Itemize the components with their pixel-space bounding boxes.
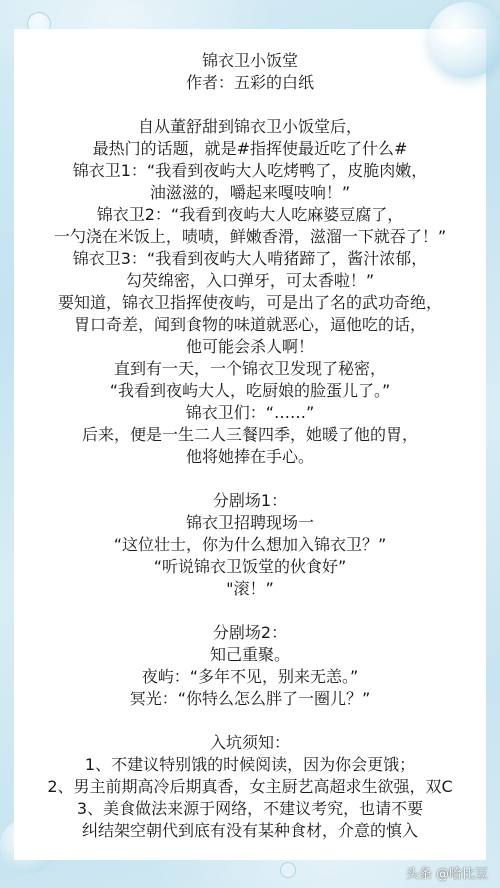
synopsis-line: 锦衣卫1：“我看到夜屿大人吃烤鸭了，皮脆肉嫩， [14,160,486,182]
spacer [14,710,486,732]
synopsis-line: 勾芡绵密，入口弹牙，可太香啦！” [14,270,486,292]
theater1-line: “听说锦衣卫饭堂的伙食好” [14,556,486,578]
theater2-line: 知己重聚。 [14,644,486,666]
synopsis-line: 一勺浇在米饭上，啧啧，鲜嫩香滑，滋溜一下就吞了！” [14,226,486,248]
synopsis-line: 他将她捧在手心。 [14,446,486,468]
synopsis-line: 锦衣卫3：“我看到夜屿大人啃猪蹄了，酱汁浓郁， [14,248,486,270]
notes-line: 纠结架空朝代到底有没有某种食材，介意的慎入 [14,820,486,842]
theater2-section: 分剧场2： 知己重聚。 夜屿：“多年不见，别来无恙。” 冥光：“你特么怎么胖了一… [14,622,486,710]
spacer [14,600,486,622]
synopsis-line: 后来，便是一生二人三餐四季，她暖了他的胃， [14,424,486,446]
synopsis-line: 最热门的话题，就是#指挥使最近吃了什么# [14,138,486,160]
synopsis-line: 锦衣卫们：“……” [14,402,486,424]
document-author: 作者：五彩的白纸 [14,72,486,94]
theater1-line: "滚！” [14,578,486,600]
bubble-decoration [428,2,500,78]
synopsis-line: 锦衣卫2：“我看到夜屿大人吃麻婆豆腐了， [14,204,486,226]
document-title: 锦衣卫小饭堂 [14,50,486,72]
synopsis-line: 直到有一天，一个锦衣卫发现了秘密， [14,358,486,380]
theater1-heading: 分剧场1： [14,490,486,512]
synopsis-section: 自从董舒甜到锦衣卫小饭堂后， 最热门的话题，就是#指挥使最近吃了什么# 锦衣卫1… [14,116,486,468]
spacer [14,94,486,116]
synopsis-line: 油滋滋的，嚼起来嘎吱响！” [14,182,486,204]
notes-heading: 入坑须知： [14,732,486,754]
notes-line: 3、美食做法来源于网络，不建议考究，也请不要 [14,798,486,820]
theater2-line: 冥光：“你特么怎么胖了一圈儿？” [14,688,486,710]
synopsis-line: “我看到夜屿大人，吃厨娘的脸蛋儿了。” [14,380,486,402]
theater2-heading: 分剧场2： [14,622,486,644]
spacer [14,468,486,490]
synopsis-line: 胃口奇差，闻到食物的味道就恶心，逼他吃的话， [14,314,486,336]
synopsis-line: 要知道，锦衣卫指挥使夜屿，可是出了名的武功奇绝， [14,292,486,314]
watermark: 头条 @哈比豆 [406,863,488,882]
notes-section: 入坑须知： 1、不建议特别饿的时候阅读，因为你会更饿； 2、男主前期高冷后期真香… [14,732,486,842]
text-card: 锦衣卫小饭堂 作者：五彩的白纸 自从董舒甜到锦衣卫小饭堂后， 最热门的话题，就是… [14,29,486,860]
theater1-line: “这位壮士，你为什么想加入锦衣卫？” [14,534,486,556]
synopsis-line: 自从董舒甜到锦衣卫小饭堂后， [14,116,486,138]
theater2-line: 夜屿：“多年不见，别来无恙。” [14,666,486,688]
synopsis-line: 他可能会杀人啊！ [14,336,486,358]
notes-line: 1、不建议特别饿的时候阅读，因为你会更饿； [14,754,486,776]
notes-line: 2、男主前期高冷后期真香，女主厨艺高超求生欲强，双C [14,776,486,798]
bubble-decoration [280,862,296,878]
document-body: 锦衣卫小饭堂 作者：五彩的白纸 自从董舒甜到锦衣卫小饭堂后， 最热门的话题，就是… [14,50,486,842]
theater1-section: 分剧场1： 锦衣卫招聘现场一 “这位壮士，你为什么想加入锦衣卫？” “听说锦衣卫… [14,490,486,600]
theater1-line: 锦衣卫招聘现场一 [14,512,486,534]
